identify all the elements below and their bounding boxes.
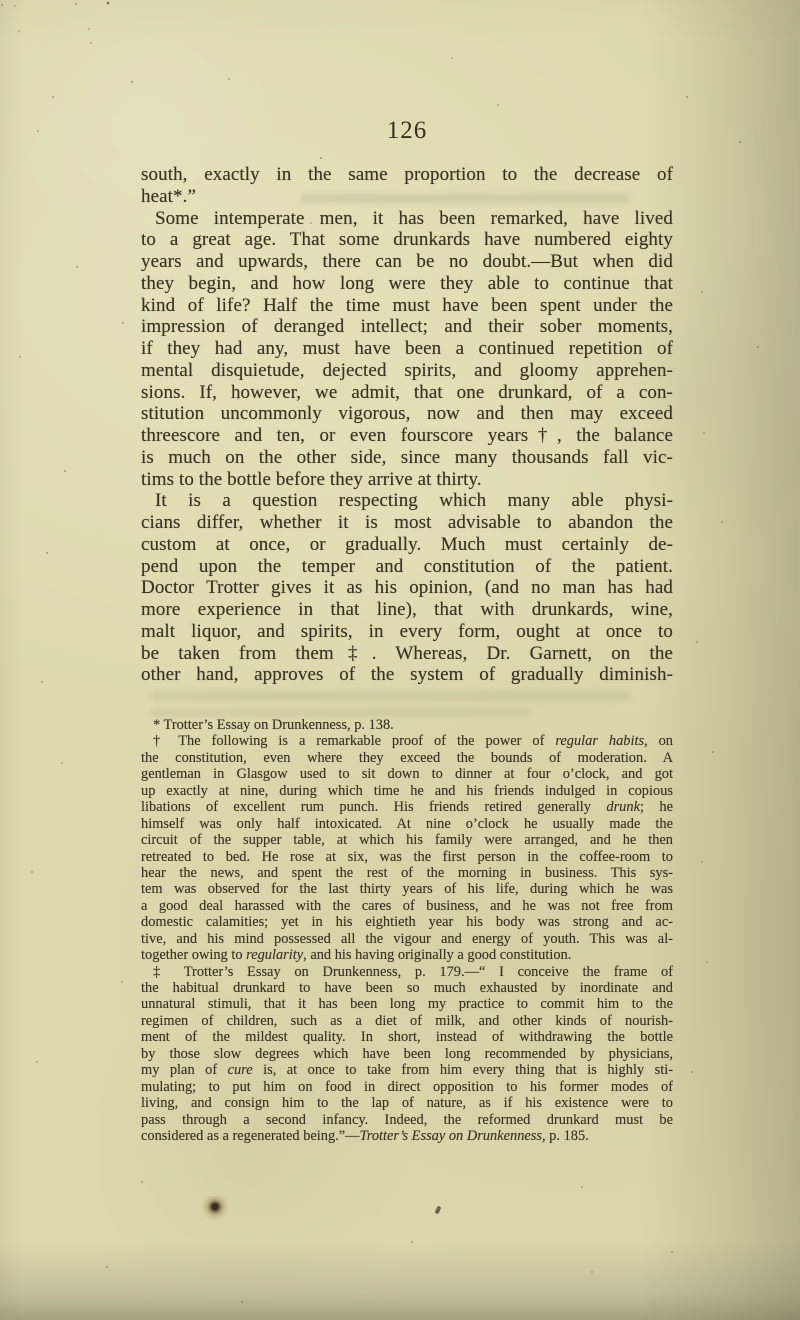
text-line: gentleman in Glasgow used to sit down to… xyxy=(141,766,673,782)
paragraph: Some intemperate men, it has been remark… xyxy=(141,208,673,491)
text-line: a good deal harassed with the cares of b… xyxy=(141,898,673,914)
text-line: retreated to bed. He rose at six, was th… xyxy=(141,849,673,865)
paragraph: ‡ Trotter’s Essay on Drunkenness, p. 179… xyxy=(141,964,673,1145)
paper-specks xyxy=(0,0,2,2)
text-line: mental disquietude, dejected spirits, an… xyxy=(141,360,673,382)
text-line: the habitual drunkard to have been so mu… xyxy=(141,980,673,996)
text-line: impression of deranged intellect; and th… xyxy=(141,316,673,338)
text-line: other hand, approves of the system of gr… xyxy=(141,664,673,686)
text-line: together owing to regularity, and his ha… xyxy=(141,947,673,963)
text-line: † The following is a remarkable proof of… xyxy=(141,733,673,749)
text-line: up exactly at nine, during which time he… xyxy=(141,783,673,799)
text-line: regimen of children, such as a diet of m… xyxy=(141,1013,673,1029)
text-line: considered as a regenerated being.”—Trot… xyxy=(141,1128,673,1144)
text-line: my plan of cure is, at once to take from… xyxy=(141,1062,673,1078)
text-line: south, exactly in the same proportion to… xyxy=(141,164,673,186)
body-text: south, exactly in the same proportion to… xyxy=(141,164,673,686)
text-line: malt liquor, and spirits, in every form,… xyxy=(141,621,673,643)
text-line: by those slow degrees which have been lo… xyxy=(141,1046,673,1062)
footnotes: * Trotter’s Essay on Drunkenness, p. 138… xyxy=(141,717,673,1144)
text-line: more experience in that line), that with… xyxy=(141,599,673,621)
text-line: pend upon the temper and constitution of… xyxy=(141,556,673,578)
text-line: tem was observed for the last thirty yea… xyxy=(141,881,673,897)
book-page: 126 south, exactly in the same proportio… xyxy=(0,0,800,1320)
text-line: libations of excellent rum punch. His fr… xyxy=(141,799,673,815)
paragraph: south, exactly in the same proportion to… xyxy=(141,164,673,208)
text-line: Doctor Trotter gives it as his opinion, … xyxy=(141,577,673,599)
paragraph: † The following is a remarkable proof of… xyxy=(141,733,673,963)
text-line: circuit of the supper table, at which hi… xyxy=(141,832,673,848)
text-line: to a great age. That some drunkards have… xyxy=(141,229,673,251)
text-line: hear the news, and spent the rest of the… xyxy=(141,865,673,881)
text-line: pass through a second infancy. Indeed, t… xyxy=(141,1112,673,1128)
text-line: * Trotter’s Essay on Drunkenness, p. 138… xyxy=(141,717,673,733)
text-line: tive, and his mind possessed all the vig… xyxy=(141,931,673,947)
ink-fleck xyxy=(434,1206,441,1215)
text-line: threescore and ten, or even fourscore ye… xyxy=(141,425,673,447)
text-line: kind of life? Half the time must have be… xyxy=(141,295,673,317)
text-line: ment of the mildest quality. In short, i… xyxy=(141,1029,673,1045)
text-line: custom at once, or gradually. Much must … xyxy=(141,534,673,556)
text-line: unnatural stimuli, that it has been long… xyxy=(141,996,673,1012)
text-line: It is a question respecting which many a… xyxy=(141,490,673,512)
text-line: domestic calamities; yet in his eightiet… xyxy=(141,914,673,930)
text-line: the constitution, even where they exceed… xyxy=(141,750,673,766)
paragraph: It is a question respecting which many a… xyxy=(141,490,673,686)
text-line: sions. If, however, we admit, that one d… xyxy=(141,382,673,404)
text-line: stitution uncommonly vigorous, now and t… xyxy=(141,403,673,425)
text-line: cians differ, whether it is most advisab… xyxy=(141,512,673,534)
show-through-ghost xyxy=(150,708,530,717)
text-line: mulating; to put him on food in direct o… xyxy=(141,1079,673,1095)
text-line: they begin, and how long were they able … xyxy=(141,273,673,295)
text-line: ‡ Trotter’s Essay on Drunkenness, p. 179… xyxy=(141,964,673,980)
show-through-ghost xyxy=(150,691,630,701)
text-line: living, and consign him to the lap of na… xyxy=(141,1095,673,1111)
ink-blot-stain xyxy=(202,1196,228,1220)
text-line: if they had any, must have been a contin… xyxy=(141,338,673,360)
text-line: is much on the other side, since many th… xyxy=(141,447,673,469)
text-line: Some intemperate men, it has been remark… xyxy=(141,208,673,230)
page-number: 126 xyxy=(141,118,673,144)
text-line: himself was only half intoxicated. At ni… xyxy=(141,816,673,832)
text-line: years and upwards, there can be no doubt… xyxy=(141,251,673,273)
text-line: heat*.” xyxy=(141,186,673,208)
paragraph: * Trotter’s Essay on Drunkenness, p. 138… xyxy=(141,717,673,733)
text-line: be taken from them‡. Whereas, Dr. Garnet… xyxy=(141,643,673,665)
text-line: tims to the bottle before they arrive at… xyxy=(141,469,673,491)
